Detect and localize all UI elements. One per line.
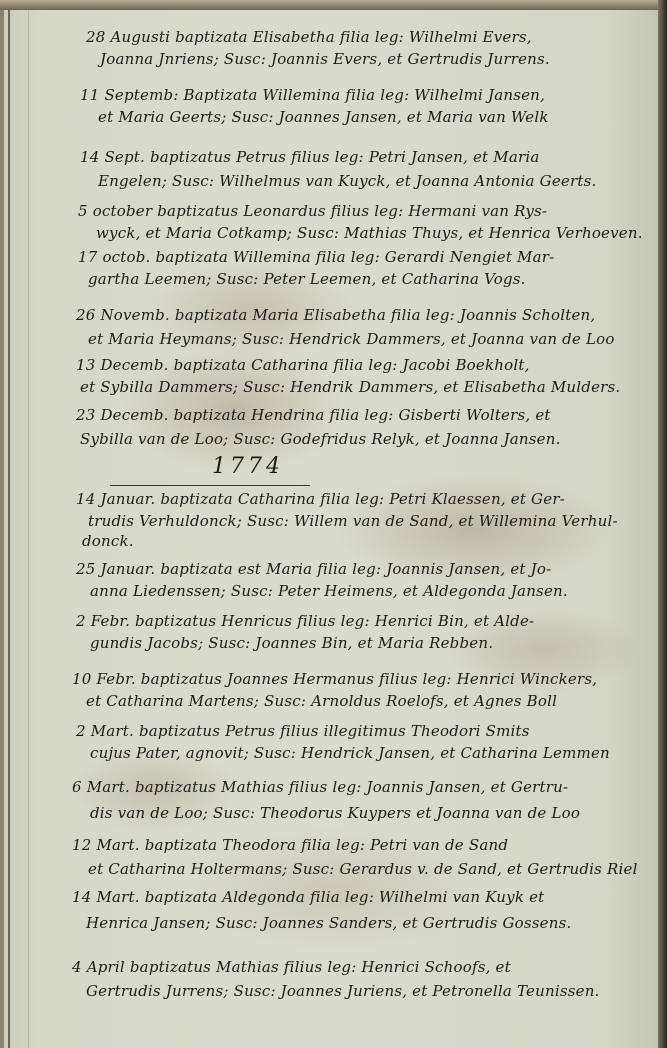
entry-line: 14 Januar. baptizata Catharina filia leg… xyxy=(76,490,565,508)
entry-line: et Catharina Martens; Susc: Arnoldus Roe… xyxy=(86,692,557,710)
entry-line: et Sybilla Dammers; Susc: Hendrik Dammer… xyxy=(80,378,620,396)
entry-line: 14 Mart. baptizata Aldegonda filia leg: … xyxy=(72,888,544,906)
entry-line: 6 Mart. baptizatus Mathias filius leg: J… xyxy=(72,778,568,796)
entry-line: Joanna Jnriens; Susc: Joannis Evers, et … xyxy=(100,50,550,68)
entry-line: 17 octob. baptizata Willemina filia leg:… xyxy=(78,248,554,266)
entry-line: 5 october baptizatus Leonardus filius le… xyxy=(78,202,547,220)
entry-line: Sybilla van de Loo; Susc: Godefridus Rel… xyxy=(80,430,561,448)
year-underline xyxy=(110,485,310,486)
entry-line: Engelen; Susc: Wilhelmus van Kuyck, et J… xyxy=(98,172,596,190)
entry-line: cujus Pater, agnovit; Susc: Hendrick Jan… xyxy=(90,744,610,762)
entry-line: 10 Febr. baptizatus Joannes Hermanus fil… xyxy=(72,670,597,688)
entry-line: 13 Decemb. baptizata Catharina filia leg… xyxy=(76,356,530,374)
entry-line: 14 Sept. baptizatus Petrus filius leg: P… xyxy=(80,148,539,166)
scan-frame: 28 Augusti baptizata Elisabetha filia le… xyxy=(0,0,667,1048)
entry-line: donck. xyxy=(82,532,134,550)
entry-line: gartha Leemen; Susc: Peter Leemen, et Ca… xyxy=(88,270,526,288)
entry-line: 23 Decemb. baptizata Hendrina filia leg:… xyxy=(76,406,551,424)
entry-line: Gertrudis Jurrens; Susc: Joannes Juriens… xyxy=(86,982,600,1000)
year-heading: 1774 xyxy=(212,454,284,479)
page-top-edge xyxy=(0,0,667,10)
entry-line: 28 Augusti baptizata Elisabetha filia le… xyxy=(86,28,532,46)
entry-line: 26 Novemb. baptizata Maria Elisabetha fi… xyxy=(76,306,595,324)
entry-line: 25 Januar. baptizata est Maria filia leg… xyxy=(76,560,551,578)
page-right-edge xyxy=(658,0,667,1048)
binding-rule xyxy=(8,10,10,1048)
entry-line: gundis Jacobs; Susc: Joannes Bin, et Mar… xyxy=(90,634,493,652)
entry-line: anna Liedenssen; Susc: Peter Heimens, et… xyxy=(90,582,568,600)
entry-line: wyck, et Maria Cotkamp; Susc: Mathias Th… xyxy=(96,224,643,242)
entry-line: Henrica Jansen; Susc: Joannes Sanders, e… xyxy=(86,914,571,932)
entry-line: 11 Septemb: Baptizata Willemina filia le… xyxy=(80,86,545,104)
entry-line: 12 Mart. baptizata Theodora filia leg: P… xyxy=(72,836,508,854)
entry-line: et Maria Geerts; Susc: Joannes Jansen, e… xyxy=(98,108,549,126)
entry-line: 2 Febr. baptizatus Henricus filius leg: … xyxy=(76,612,534,630)
entry-line: 4 April baptizatus Mathias filius leg: H… xyxy=(72,958,511,976)
entry-line: 2 Mart. baptizatus Petrus filius illegit… xyxy=(76,722,530,740)
entry-line: et Catharina Holtermans; Susc: Gerardus … xyxy=(88,860,638,878)
entry-line: trudis Verhuldonck; Susc: Willem van de … xyxy=(88,512,618,530)
margin-rule xyxy=(28,10,29,1048)
entry-line: et Maria Heymans; Susc: Hendrick Dammers… xyxy=(88,330,615,348)
entry-line: dis van de Loo; Susc: Theodorus Kuypers … xyxy=(90,804,580,822)
